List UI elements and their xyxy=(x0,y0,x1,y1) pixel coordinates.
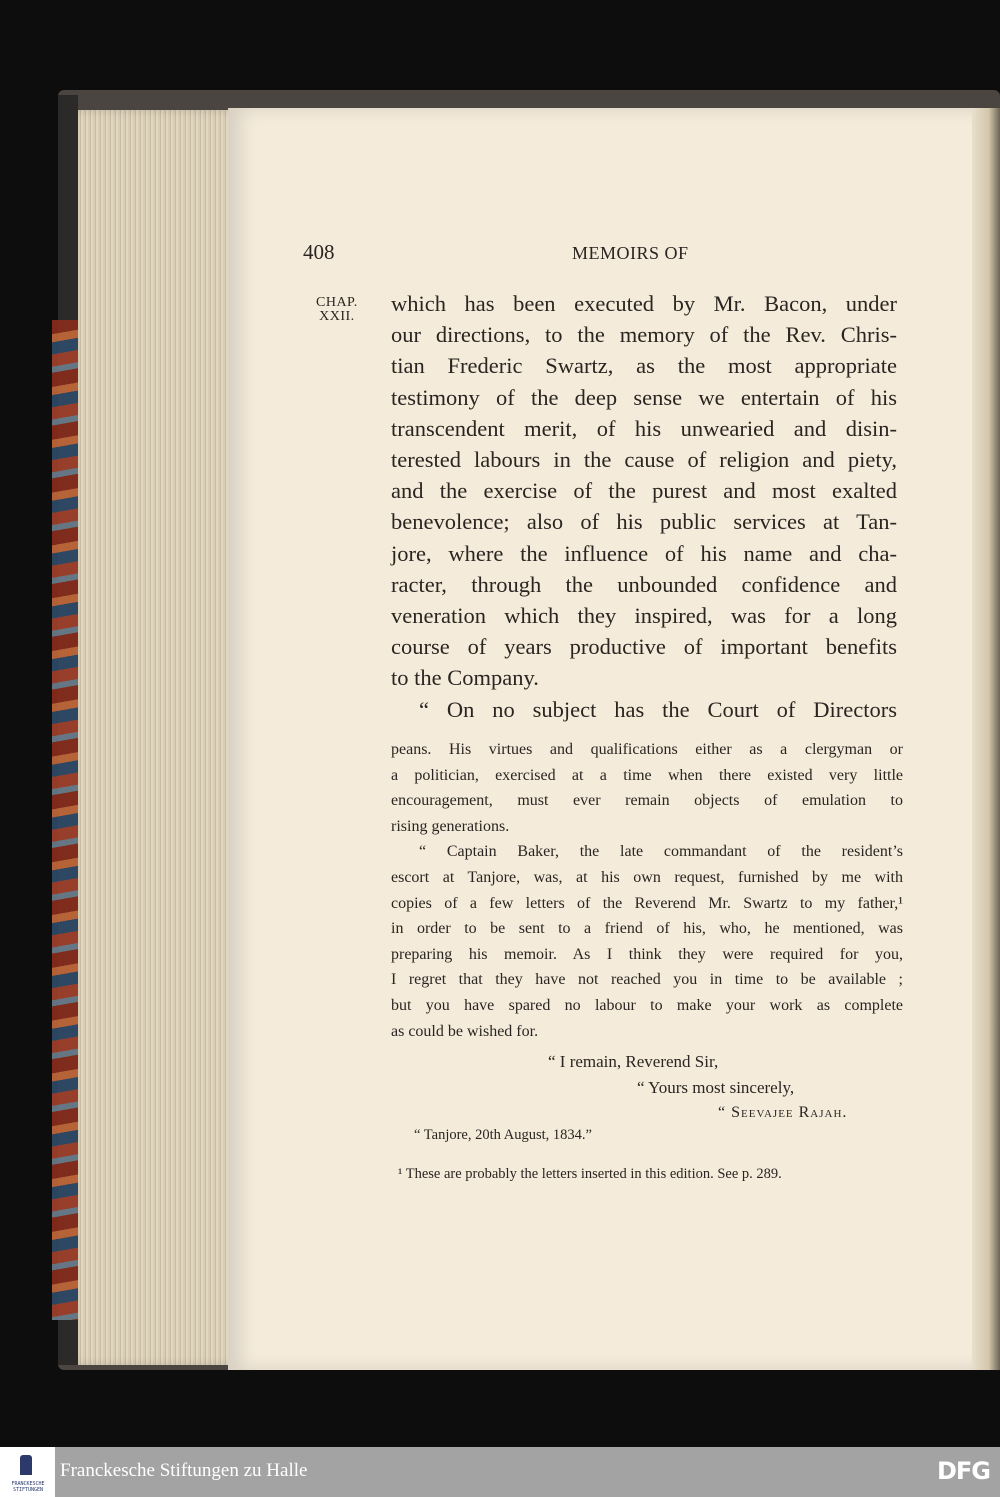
text-line: and the exercise of the purest and most … xyxy=(391,475,897,506)
running-head: MEMOIRS OF xyxy=(572,243,689,264)
text-line: terested labours in the cause of religio… xyxy=(391,444,897,475)
page-number: 408 xyxy=(303,240,335,265)
text-line: I regret that they have not reached you … xyxy=(391,967,903,993)
dfg-logo[interactable]: DFG xyxy=(937,1457,990,1485)
text-line: veneration which they inspired, was for … xyxy=(391,600,897,631)
text-line: “ On no subject has the Court of Directo… xyxy=(391,694,897,725)
text-line: as could be wished for. xyxy=(391,1019,903,1045)
text-line: escort at Tanjore, was, at his own reque… xyxy=(391,865,903,891)
text-line: transcendent merit, of his unwearied and… xyxy=(391,413,897,444)
body-text: which has been executed by Mr. Bacon, un… xyxy=(391,288,897,725)
text-line: a politician, exercised at a time when t… xyxy=(391,763,903,789)
text-line: copies of a few letters of the Reverend … xyxy=(391,891,903,917)
text-line: to the Company. xyxy=(391,662,897,693)
text-line: course of years productive of important … xyxy=(391,631,897,662)
book-scan: 408 MEMOIRS OF CHAP. XXII. which has bee… xyxy=(0,0,1000,1447)
text-line: which has been executed by Mr. Bacon, un… xyxy=(391,288,897,319)
text-line: racter, through the unbounded confidence… xyxy=(391,569,897,600)
closing-line: “ I remain, Reverend Sir, xyxy=(548,1052,718,1072)
chapter-margin-note: CHAP. XXII. xyxy=(316,296,358,324)
text-line: in order to be sent to a friend of his, … xyxy=(391,916,903,942)
text-line: preparing his memoir. As I think they we… xyxy=(391,942,903,968)
institution-logo[interactable]: FRANCKESCHE STIFTUNGEN xyxy=(0,1447,55,1497)
institution-name[interactable]: Franckesche Stiftungen zu Halle xyxy=(60,1460,307,1482)
text-line: testimony of the deep sense we entertain… xyxy=(391,382,897,413)
text-line: tian Frederic Swartz, as the most approp… xyxy=(391,350,897,381)
text-line: rising generations. xyxy=(391,814,903,840)
signature: “ Seevajee Rajah. xyxy=(718,1104,847,1122)
facing-page-edge xyxy=(972,108,1000,1370)
text-line: peans. His virtues and qualifications ei… xyxy=(391,737,903,763)
dateline: “ Tanjore, 20th August, 1834.” xyxy=(414,1127,592,1144)
text-line: benevolence; also of his public services… xyxy=(391,506,897,537)
text-line: but you have spared no labour to make yo… xyxy=(391,993,903,1019)
closing-line: “ Yours most sincerely, xyxy=(637,1078,794,1098)
text-line: jore, where the influence of his name an… xyxy=(391,538,897,569)
page-edges xyxy=(78,110,246,1365)
logo-caption: FRANCKESCHE STIFTUNGEN xyxy=(3,1481,53,1493)
text-line: encouragement, must ever remain objects … xyxy=(391,788,903,814)
letter-text: peans. His virtues and qualifications ei… xyxy=(391,737,903,1044)
footnote: ¹ These are probably the letters inserte… xyxy=(398,1166,782,1183)
text-line: our directions, to the memory of the Rev… xyxy=(391,319,897,350)
text-line: “ Captain Baker, the late commandant of … xyxy=(391,839,903,865)
footer-bar: FRANCKESCHE STIFTUNGEN Franckesche Stift… xyxy=(0,1447,1000,1497)
logo-figure-icon xyxy=(20,1455,32,1475)
